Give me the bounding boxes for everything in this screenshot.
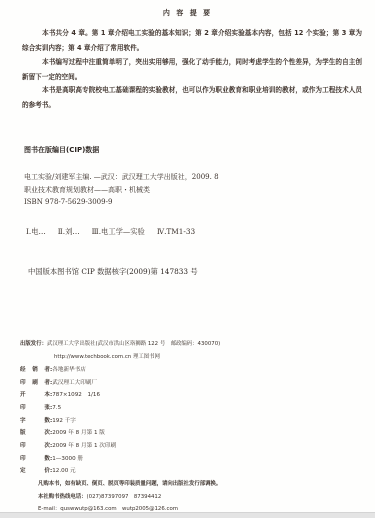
abstract-paragraph-3: 本书是高职高专院校电工基础课程的实验教材，也可以作为职业教育和职业培训的教材，或… xyxy=(22,83,362,112)
row-label: 版次 xyxy=(20,428,50,436)
abstract-paragraph-2-text: 本书编写过程中注重简单明了，突出实用够用，强化了动手能力，同时考虑学生的个性差异… xyxy=(22,58,362,81)
cip-class-3: Ⅲ.电工学—实验 xyxy=(92,227,145,237)
cip-class-4: Ⅳ.TM1-33 xyxy=(157,227,195,237)
cip-heading: 图书在版编目(CIP)数据 xyxy=(24,145,99,155)
row-value: 2009 年 8 月第 1 版 xyxy=(52,430,105,436)
hotline-label: 本社购书热线电话： xyxy=(38,494,87,500)
colophon-row-impression: 印次:2009 年 8 月第 1 次印刷 xyxy=(20,441,116,449)
row-label: 印次 xyxy=(20,441,50,449)
cip-class-1: Ⅰ.电… xyxy=(26,227,46,237)
abstract-paragraph-2: 本书编写过程中注重简单明了，突出实用够用，强化了动手能力，同时考虑学生的个性差异… xyxy=(22,55,362,84)
colophon-row-distributor: 经销者:各地新华书店 xyxy=(20,365,86,373)
colophon-row-edition: 版次:2009 年 8 月第 1 版 xyxy=(20,428,105,436)
row-value: 2009 年 8 月第 1 次印刷 xyxy=(52,443,116,449)
cip-classification: Ⅰ.电… Ⅱ.刘… Ⅲ.电工学—实验 Ⅳ.TM1-33 xyxy=(26,227,195,237)
row-value: 各地新华书店 xyxy=(52,367,86,373)
row-value: 12.00 元 xyxy=(52,468,75,474)
abstract-paragraph-1-text: 本书共分 4 章。第 1 章介绍电工实验的基本知识；第 2 章介绍实验基本内容，… xyxy=(22,29,362,52)
abstract-title: 内 容 提 要 xyxy=(0,8,375,18)
publisher-label: 出版发行： xyxy=(20,339,47,347)
colophon-row-format: 开本:787×1092 1/16 xyxy=(20,390,100,398)
row-label: 定价 xyxy=(20,466,50,474)
abstract-paragraph-3-text: 本书是高职高专院校电工基础课程的实验教材，也可以作为职业教育和职业培训的教材，或… xyxy=(22,86,362,109)
cip-title-line: 电工实验/刘建军主编. —武汉：武汉理工大学出版社，2009. 8 xyxy=(24,172,219,182)
cip-class-2: Ⅱ.刘… xyxy=(58,227,80,237)
row-value: 1—3000 册 xyxy=(52,456,83,462)
row-value: 787×1092 1/16 xyxy=(52,392,100,398)
row-label: 印张 xyxy=(20,403,50,411)
cip-record-number: 中国版本图书馆 CIP 数据核字(2009)第 147833 号 xyxy=(28,267,198,277)
row-label: 经销者 xyxy=(20,365,50,373)
colophon-row-print-run: 印数:1—3000 册 xyxy=(20,454,83,462)
row-label: 印刷者 xyxy=(20,378,50,386)
email-line: E-mail：quswwutp@163.com wutp2005@126.com xyxy=(38,504,178,512)
row-label: 开本 xyxy=(20,390,50,398)
cip-isbn-line: ISBN 978-7-5629-3009-9 xyxy=(24,198,112,206)
row-label: 印数 xyxy=(20,454,50,462)
publisher-website: http://www.techbook.com.cn 理工图书网 xyxy=(54,352,160,360)
row-value: 192 千字 xyxy=(52,418,76,424)
publisher-line: 出版发行：武汉理工大学出版社(武汉市洪山区珞狮路 122 号 邮政编码：4300… xyxy=(20,339,220,347)
row-value: 武汉理工大印刷厂 xyxy=(52,380,97,386)
colophon-row-price: 定价:12.00 元 xyxy=(20,466,76,474)
row-label: 字数 xyxy=(20,416,50,424)
cip-series-line: 职业技术教育规划教材——高职・机械类 xyxy=(24,185,150,195)
abstract-paragraph-1: 本书共分 4 章。第 1 章介绍电工实验的基本知识；第 2 章介绍实验基本内容，… xyxy=(22,26,362,55)
hotline-line: 本社购书热线电话：(027)87397097 87394412 xyxy=(38,492,161,500)
colophon-row-printer: 印刷者:武汉理工大印刷厂 xyxy=(20,378,97,386)
row-value: 7.5 xyxy=(52,405,61,411)
copyright-page: 内 容 提 要 本书共分 4 章。第 1 章介绍电工实验的基本知识；第 2 章介… xyxy=(0,0,375,512)
publisher-value: 武汉理工大学出版社(武汉市洪山区珞狮路 122 号 邮政编码：430070) xyxy=(47,341,220,347)
hotline-value: (027)87397097 87394412 xyxy=(87,494,162,500)
colophon-row-sheets: 印张:7.5 xyxy=(20,403,61,411)
defect-notice: 凡购本书，如有缺页、倒页、脱页等印装质量问题，请向出版社发行部调换。 xyxy=(38,479,221,487)
colophon-row-word-count: 字数:192 千字 xyxy=(20,416,76,424)
page-bottom-edge xyxy=(0,512,375,518)
